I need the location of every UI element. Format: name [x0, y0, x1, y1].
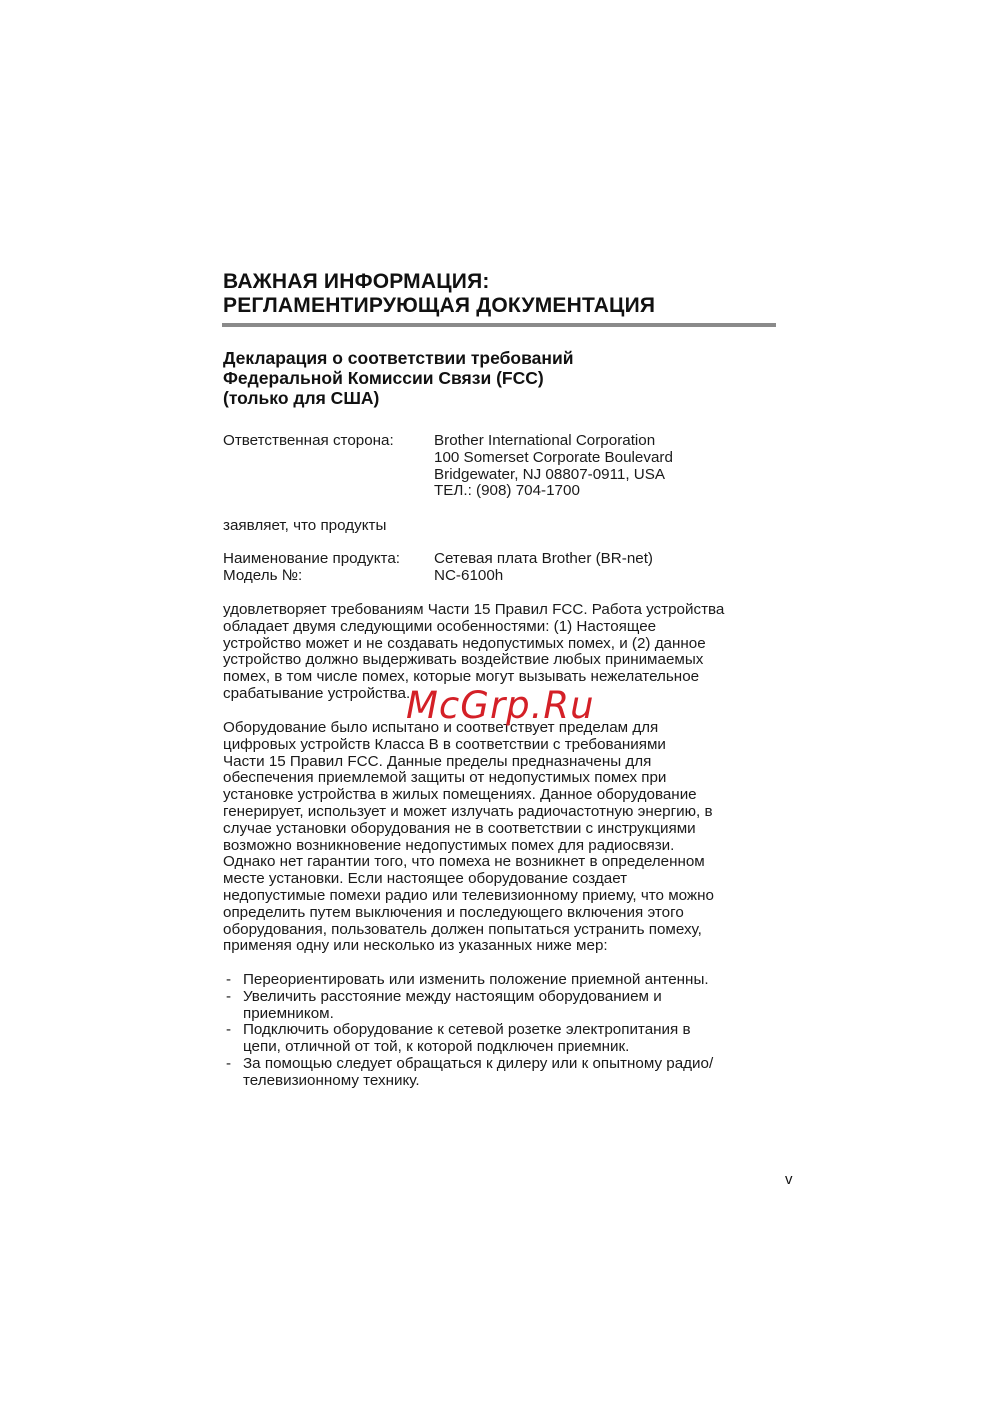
- product-name-value: Сетевая плата Brother (BR-net): [434, 551, 653, 568]
- list-item-line: За помощью следует обращаться к дилеру и…: [243, 1056, 713, 1073]
- section-title: Декларация о соответствии требований Фед…: [223, 348, 783, 408]
- address-line: Bridgewater, NJ 08807-0911, USA: [434, 467, 673, 484]
- model-value: NC-6100h: [434, 568, 503, 585]
- responsible-party-label: Ответственная сторона:: [223, 433, 434, 500]
- section-title-line: Декларация о соответствии требований: [223, 348, 783, 368]
- page-number: v: [785, 1171, 793, 1188]
- model-row: Модель №: NC-6100h: [223, 568, 783, 585]
- paragraph-line: удовлетворяет требованиям Части 15 Прави…: [223, 602, 783, 619]
- responsible-party: Ответственная сторона: Brother Internati…: [223, 433, 783, 500]
- paragraph-line: возможно возникновение недопустимых поме…: [223, 838, 783, 855]
- address-line: 100 Somerset Corporate Boulevard: [434, 450, 673, 467]
- list-item-line: приемником.: [243, 1006, 662, 1023]
- chapter-title: ВАЖНАЯ ИНФОРМАЦИЯ: РЕГЛАМЕНТИРУЮЩАЯ ДОКУ…: [223, 270, 783, 318]
- dash-bullet-icon: -: [223, 1056, 243, 1090]
- paragraph-line: Части 15 Правил FCC. Данные пределы пред…: [223, 754, 783, 771]
- product-info: Наименование продукта: Сетевая плата Bro…: [223, 551, 783, 585]
- title-divider: [222, 323, 776, 327]
- paragraph-line: цифровых устройств Класса B в соответств…: [223, 737, 783, 754]
- paragraph-line: устройство может и не создавать недопуст…: [223, 636, 783, 653]
- paragraph-line: генерирует, использует и может излучать …: [223, 804, 783, 821]
- paragraph-line: применяя одну или несколько из указанных…: [223, 938, 783, 955]
- list-item-line: цепи, отличной от той, к которой подключ…: [243, 1039, 691, 1056]
- list-item: - Переориентировать или изменить положен…: [223, 972, 793, 989]
- paragraph-line: оборудования, пользователь должен попыта…: [223, 922, 783, 939]
- paragraph-line: определить путем выключения и последующе…: [223, 905, 783, 922]
- phone-line: ТЕЛ.: (908) 704-1700: [434, 483, 673, 500]
- paragraph-class-b: Оборудование было испытано и соответству…: [223, 720, 783, 955]
- measures-list: - Переориентировать или изменить положен…: [223, 972, 793, 1090]
- declares-line: заявляет, что продукты: [223, 518, 783, 535]
- paragraph-line: Однако нет гарантии того, что помеха не …: [223, 854, 783, 871]
- address-line: Brother International Corporation: [434, 433, 673, 450]
- section-title-line: Федеральной Комиссии Связи (FCC): [223, 368, 783, 388]
- dash-bullet-icon: -: [223, 1022, 243, 1056]
- paragraph-line: недопустимые помехи радио или телевизион…: [223, 888, 783, 905]
- chapter-title-line: РЕГЛАМЕНТИРУЮЩАЯ ДОКУМЕНТАЦИЯ: [223, 294, 783, 318]
- list-item: - Подключить оборудование к сетевой розе…: [223, 1022, 793, 1056]
- dash-bullet-icon: -: [223, 972, 243, 989]
- paragraph-line: случае установки оборудования не в соотв…: [223, 821, 783, 838]
- product-name-row: Наименование продукта: Сетевая плата Bro…: [223, 551, 783, 568]
- paragraph-line: обладает двумя следующими особенностями:…: [223, 619, 783, 636]
- responsible-party-address: Brother International Corporation 100 So…: [434, 433, 673, 500]
- paragraph-line: устройство должно выдерживать воздействи…: [223, 652, 783, 669]
- list-item: - Увеличить расстояние между настоящим о…: [223, 989, 793, 1023]
- document-page: ВАЖНАЯ ИНФОРМАЦИЯ: РЕГЛАМЕНТИРУЮЩАЯ ДОКУ…: [0, 0, 1000, 1415]
- paragraph-line: обеспечения приемлемой защиты от недопус…: [223, 770, 783, 787]
- paragraph-line: месте установки. Если настоящее оборудов…: [223, 871, 783, 888]
- section-title-line: (только для США): [223, 388, 783, 408]
- model-label: Модель №:: [223, 568, 434, 585]
- list-item-line: Переориентировать или изменить положение…: [243, 972, 709, 989]
- product-name-label: Наименование продукта:: [223, 551, 434, 568]
- list-item-line: Подключить оборудование к сетевой розетк…: [243, 1022, 691, 1039]
- dash-bullet-icon: -: [223, 989, 243, 1023]
- paragraph-line: установке устройства в жилых помещениях.…: [223, 787, 783, 804]
- list-item: - За помощью следует обращаться к дилеру…: [223, 1056, 793, 1090]
- list-item-line: Увеличить расстояние между настоящим обо…: [243, 989, 662, 1006]
- watermark: McGrp.Ru: [406, 684, 595, 728]
- list-item-line: телевизионному технику.: [243, 1073, 713, 1090]
- declares-text: заявляет, что продукты: [223, 518, 783, 535]
- chapter-title-line: ВАЖНАЯ ИНФОРМАЦИЯ:: [223, 270, 783, 294]
